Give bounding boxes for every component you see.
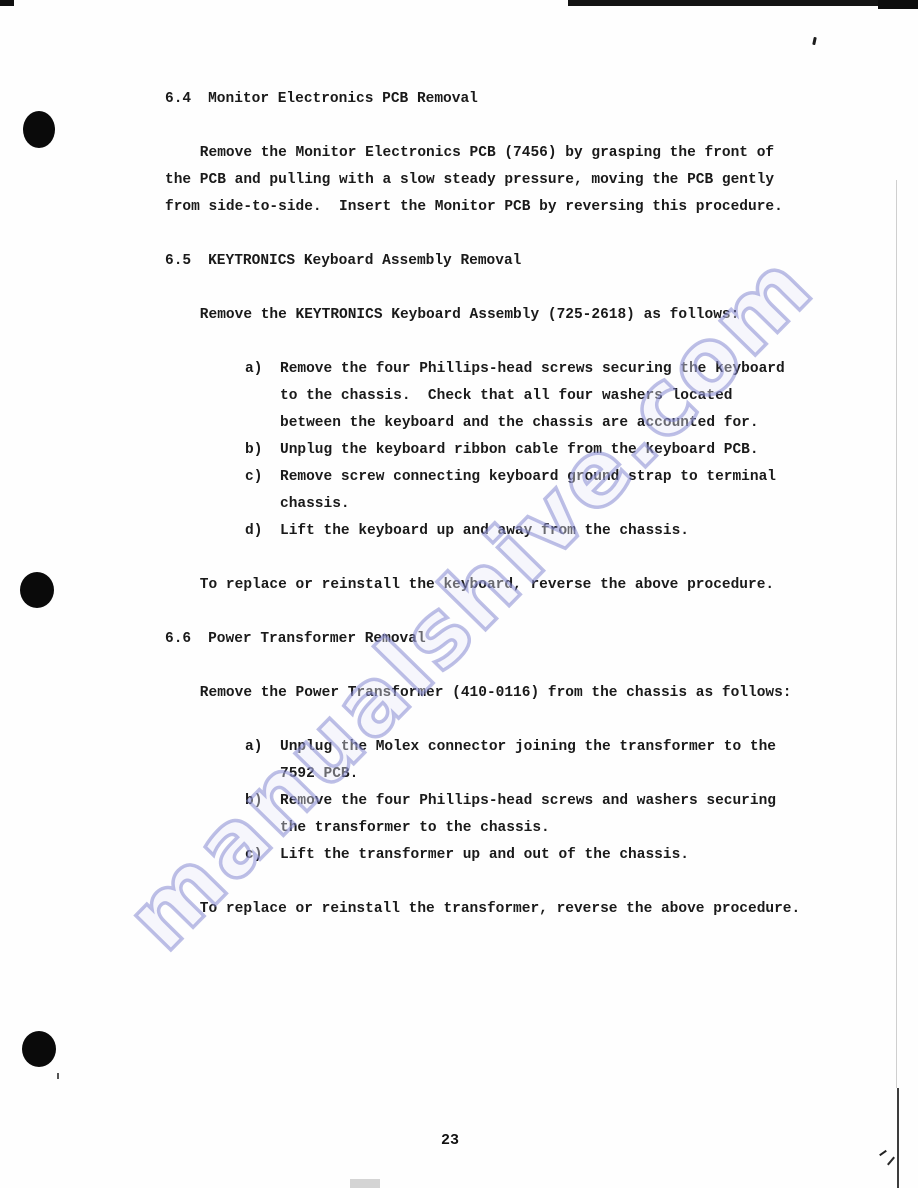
section-title: Monitor Electronics PCB Removal [208, 91, 478, 107]
scan-artifact-squiggle [879, 1150, 887, 1156]
list-item-line: chassis. [165, 491, 845, 518]
blank-line [165, 221, 845, 248]
list-item-text: Unplug the Molex connector joining the t… [280, 739, 776, 755]
list-item-text: to the chassis. Check that all four wash… [280, 388, 732, 404]
scan-artifact-speck [57, 1073, 59, 1079]
section-title: Power Transformer Removal [208, 631, 426, 647]
hole-punch-dot [22, 1031, 56, 1067]
scan-artifact-top-bar [568, 0, 918, 6]
paragraph-line: To replace or reinstall the keyboard, re… [165, 572, 845, 599]
scanned-manual-page: 6.4Monitor Electronics PCB Removal Remov… [0, 0, 918, 1188]
section-title: KEYTRONICS Keyboard Assembly Removal [208, 253, 521, 269]
scan-artifact-right-edge-line-dark [897, 1088, 899, 1188]
list-item-line: b)Unplug the keyboard ribbon cable from … [165, 437, 845, 464]
list-item-text: Remove the four Phillips-head screws and… [280, 793, 776, 809]
list-item-label: a) [245, 356, 262, 383]
list-item-label: d) [245, 518, 262, 545]
list-item-text: 7592 PCB. [280, 766, 358, 782]
scan-artifact-right-edge-line [896, 180, 897, 1088]
list-item-text: between the keyboard and the chassis are… [280, 415, 759, 431]
list-item-text: Lift the transformer up and out of the c… [280, 847, 689, 863]
blank-line [165, 599, 845, 626]
paragraph-line: To replace or reinstall the transformer,… [165, 896, 845, 923]
paragraph-line: Remove the KEYTRONICS Keyboard Assembly … [165, 302, 845, 329]
list-item-label: a) [245, 734, 262, 761]
paragraph-line: Remove the Monitor Electronics PCB (7456… [165, 140, 845, 167]
blank-line [165, 707, 845, 734]
list-item-line: the transformer to the chassis. [165, 815, 845, 842]
list-item-text: Remove screw connecting keyboard ground … [280, 469, 776, 485]
list-item-text: Unplug the keyboard ribbon cable from th… [280, 442, 759, 458]
blank-line [165, 545, 845, 572]
page-number: 23 [441, 1127, 459, 1154]
paragraph-line: from side-to-side. Insert the Monitor PC… [165, 194, 845, 221]
scan-artifact-bottom-smudge [350, 1179, 380, 1188]
section-number: 6.5 [165, 253, 191, 269]
list-item-line: a)Unplug the Molex connector joining the… [165, 734, 845, 761]
document-body: 6.4Monitor Electronics PCB Removal Remov… [165, 86, 845, 950]
list-item-line: c)Remove screw connecting keyboard groun… [165, 464, 845, 491]
scan-artifact-top-left-mark [0, 0, 14, 6]
list-item-line: to the chassis. Check that all four wash… [165, 383, 845, 410]
list-item-label: c) [245, 842, 262, 869]
hole-punch-dot [23, 111, 55, 148]
list-item-text: Remove the four Phillips-head screws sec… [280, 361, 785, 377]
scan-artifact-top-bar-right [878, 0, 918, 9]
blank-line [165, 329, 845, 356]
list-item-line: 7592 PCB. [165, 761, 845, 788]
list-item-line: b)Remove the four Phillips-head screws a… [165, 788, 845, 815]
list-item-label: b) [245, 788, 262, 815]
blank-line [165, 923, 845, 950]
list-item-line: a)Remove the four Phillips-head screws s… [165, 356, 845, 383]
section-heading-6.6: 6.6Power Transformer Removal [165, 626, 845, 653]
blank-line [165, 653, 845, 680]
section-heading-6.5: 6.5KEYTRONICS Keyboard Assembly Removal [165, 248, 845, 275]
hole-punch-dot [20, 572, 54, 608]
blank-line [165, 869, 845, 896]
paragraph-line: Remove the Power Transformer (410-0116) … [165, 680, 845, 707]
section-number: 6.6 [165, 631, 191, 647]
list-item-text: the transformer to the chassis. [280, 820, 550, 836]
section-heading-6.4: 6.4Monitor Electronics PCB Removal [165, 86, 845, 113]
list-item-line: c)Lift the transformer up and out of the… [165, 842, 845, 869]
scan-artifact-squiggle [887, 1157, 895, 1166]
list-item-label: c) [245, 464, 262, 491]
list-item-text: chassis. [280, 496, 350, 512]
section-number: 6.4 [165, 91, 191, 107]
list-item-text: Lift the keyboard up and away from the c… [280, 523, 689, 539]
blank-line [165, 275, 845, 302]
scan-artifact-tick-mark [812, 37, 817, 45]
list-item-line: d)Lift the keyboard up and away from the… [165, 518, 845, 545]
paragraph-line: the PCB and pulling with a slow steady p… [165, 167, 845, 194]
list-item-label: b) [245, 437, 262, 464]
blank-line [165, 113, 845, 140]
list-item-line: between the keyboard and the chassis are… [165, 410, 845, 437]
